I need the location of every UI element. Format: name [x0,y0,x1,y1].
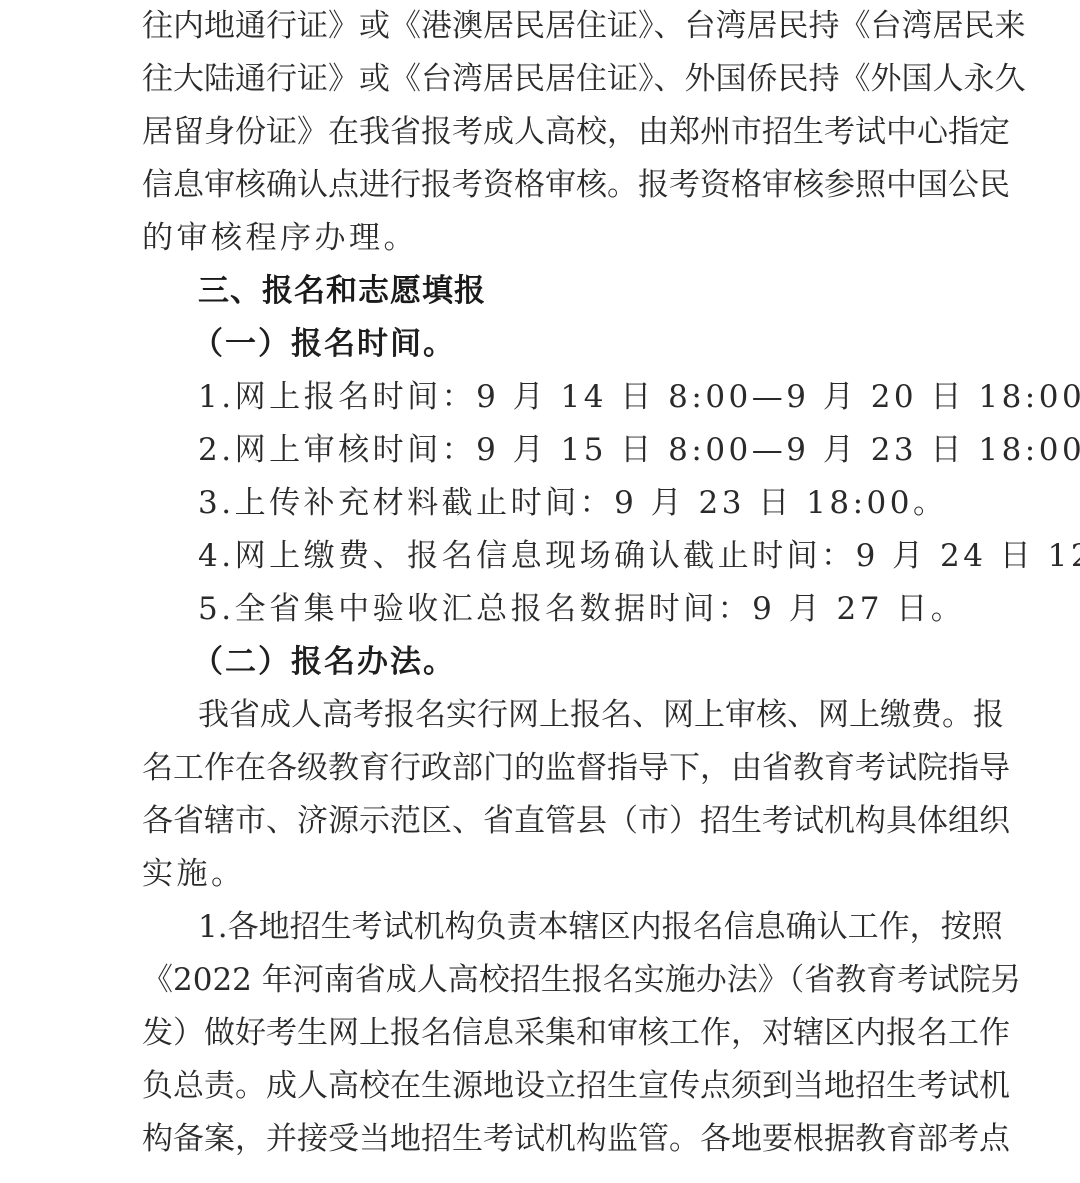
list-item-online-review: 2.网上审核时间：9 月 15 日 8:00—9 月 23 日 18:00。 [198,424,1080,477]
paragraph-line: 《2022 年河南省成人高校招生报名实施办法》（省教育考试院另 [142,954,956,1007]
paragraph-line: 发）做好考生网上报名信息采集和审核工作，对辖区内报名工作 [142,1007,956,1060]
section-heading: 三、报名和志愿填报 [198,265,486,318]
paragraph-line: 往内地通行证》或《港澳居民居住证》、台湾居民持《台湾居民来 [142,0,956,53]
paragraph-line: 构备案，并接受当地招生考试机构监管。各地要根据教育部考点 [142,1113,956,1166]
paragraph-line: 实施。 [142,848,246,901]
paragraph-line: 居留身份证》在我省报考成人高校，由郑州市招生考试中心指定 [142,106,956,159]
paragraph-line: 负总责。成人高校在生源地设立招生宣传点须到当地招生考试机 [142,1060,956,1113]
paragraph-line: 往大陆通行证》或《台湾居民居住证》、外国侨民持《外国人永久 [142,53,956,106]
paragraph-line: 1.各地招生考试机构负责本辖区内报名信息确认工作，按照 [198,901,956,954]
paragraph-line: 名工作在各级教育行政部门的监督指导下，由省教育考试院指导 [142,742,956,795]
paragraph-line: 我省成人高考报名实行网上报名、网上审核、网上缴费。报 [198,689,956,742]
paragraph-line: 各省辖市、济源示范区、省直管县（市）招生考试机构具体组织 [142,795,956,848]
paragraph-line: 的审核程序办理。 [142,212,418,265]
subsection-heading-registration-method: （二）报名办法。 [192,636,456,689]
subsection-heading-registration-time: （一）报名时间。 [192,318,456,371]
list-item-upload-deadline: 3.上传补充材料截止时间：9 月 23 日 18:00。 [198,477,948,530]
list-item-data-collection: 5.全省集中验收汇总报名数据时间：9 月 27 日。 [198,583,965,636]
paragraph-line: 信息审核确认点进行报考资格审核。报考资格审核参照中国公民 [142,159,956,212]
list-item-payment-deadline: 4.网上缴费、报名信息现场确认截止时间：9 月 24 日 12:00。 [198,530,1080,583]
list-item-online-registration: 1.网上报名时间：9 月 14 日 8:00—9 月 20 日 18:00。 [198,371,1080,424]
